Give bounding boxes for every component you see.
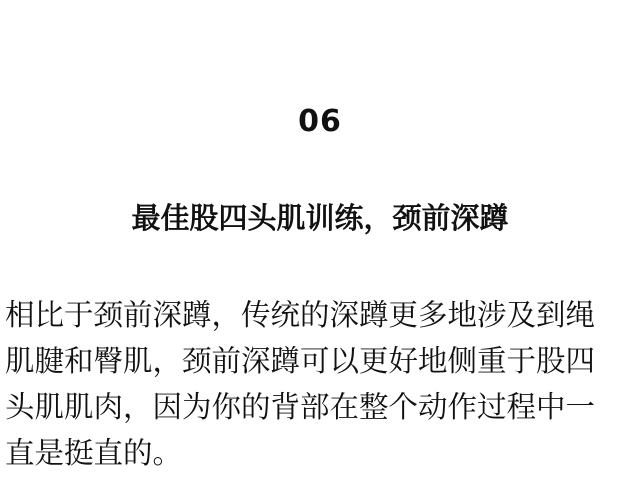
body-line: 直是挺直的。 bbox=[5, 430, 637, 476]
section-number: 06 bbox=[0, 104, 640, 140]
body-line: 相比于颈前深蹲，传统的深蹲更多地涉及到绳 bbox=[5, 292, 637, 338]
section-title: 最佳股四头肌训练，颈前深蹲 bbox=[0, 200, 640, 236]
body-paragraph: 相比于颈前深蹲，传统的深蹲更多地涉及到绳 肌腱和臀肌，颈前深蹲可以更好地侧重于股… bbox=[5, 292, 637, 476]
body-line: 头肌肌肉，因为你的背部在整个动作过程中一 bbox=[5, 384, 637, 430]
body-line: 肌腱和臀肌，颈前深蹲可以更好地侧重于股四 bbox=[5, 338, 637, 384]
